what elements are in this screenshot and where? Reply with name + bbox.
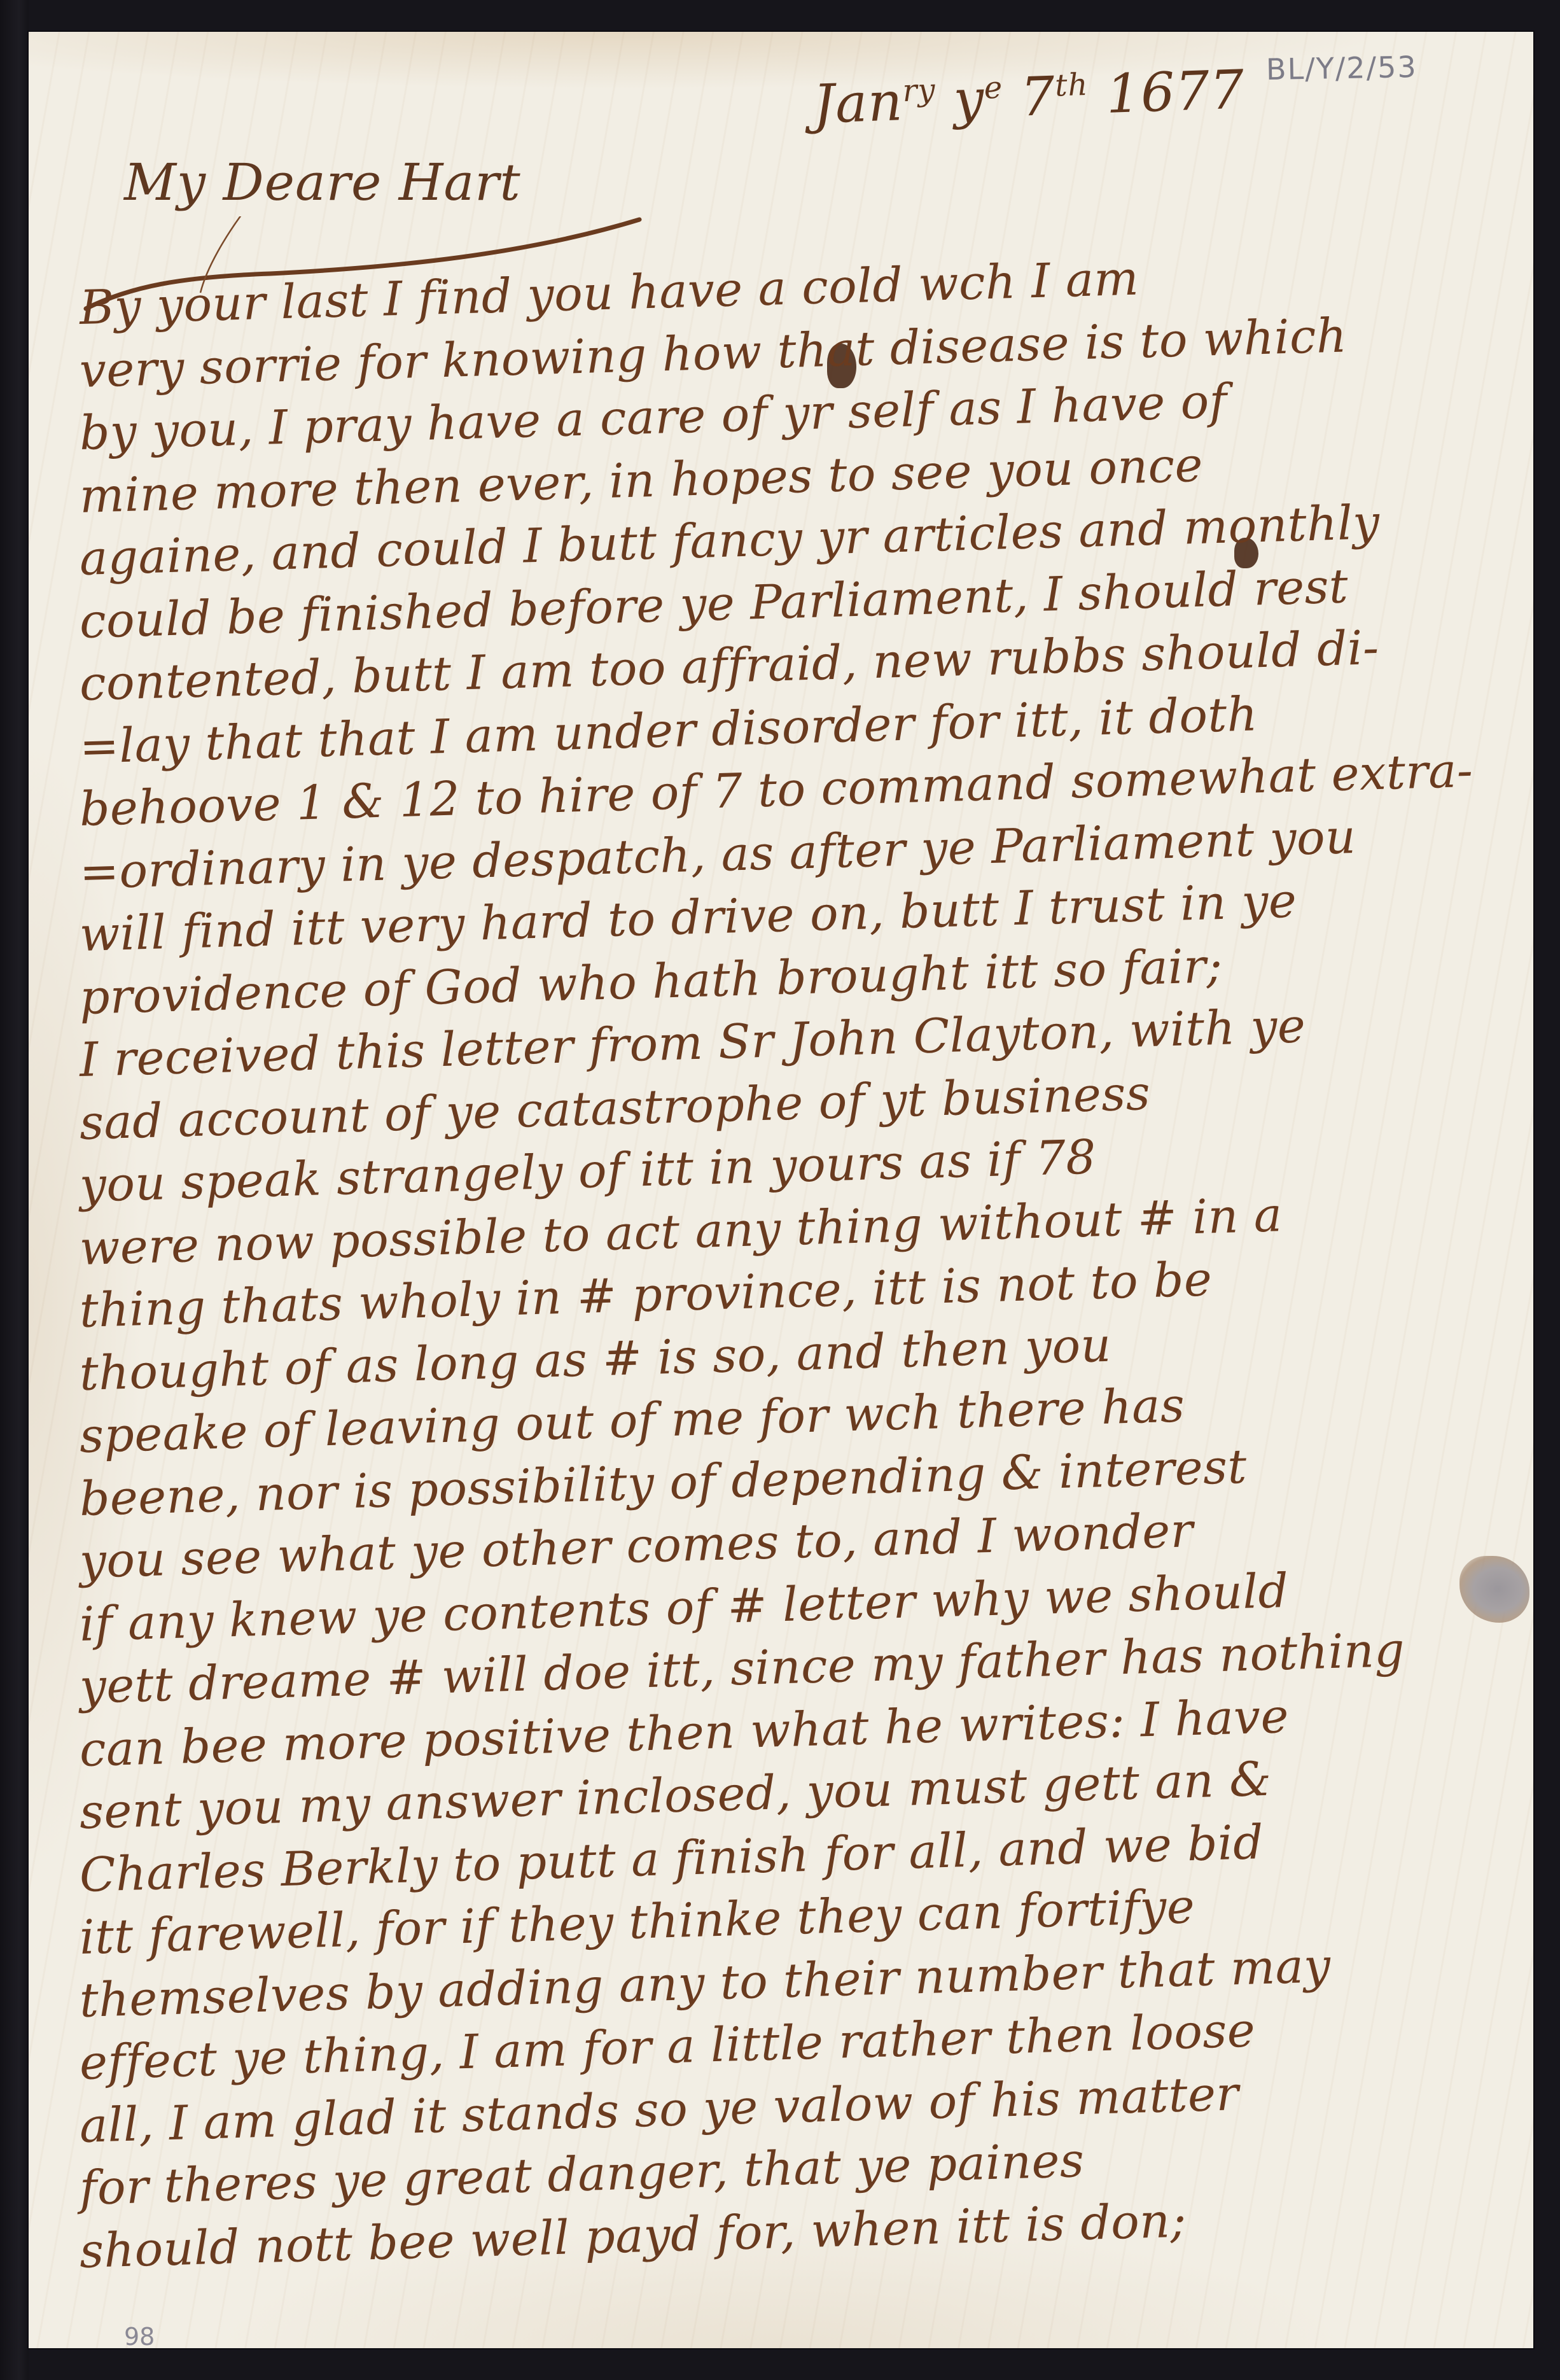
letter-sheet: BL/Y/2/53 Janry ye 7th 1677 My Deare Har… <box>29 32 1533 2348</box>
date-year: 1677 <box>1087 58 1246 126</box>
date-line: Janry ye 7th 1677 <box>812 58 1246 136</box>
date-month-sup: ry <box>902 72 937 109</box>
date-day: 7 <box>1002 65 1057 129</box>
date-day-sup: th <box>1054 67 1089 104</box>
date-the: y <box>935 67 985 132</box>
letter-body: By your last I find you have a cold wch … <box>80 277 1524 2283</box>
date-the-sup: e <box>984 70 1003 106</box>
folio-number: 98 <box>124 2323 155 2348</box>
salutation: My Deare Hart <box>124 153 521 212</box>
archive-reference: BL/Y/2/53 <box>1266 50 1417 87</box>
date-month: Jan <box>812 70 904 136</box>
